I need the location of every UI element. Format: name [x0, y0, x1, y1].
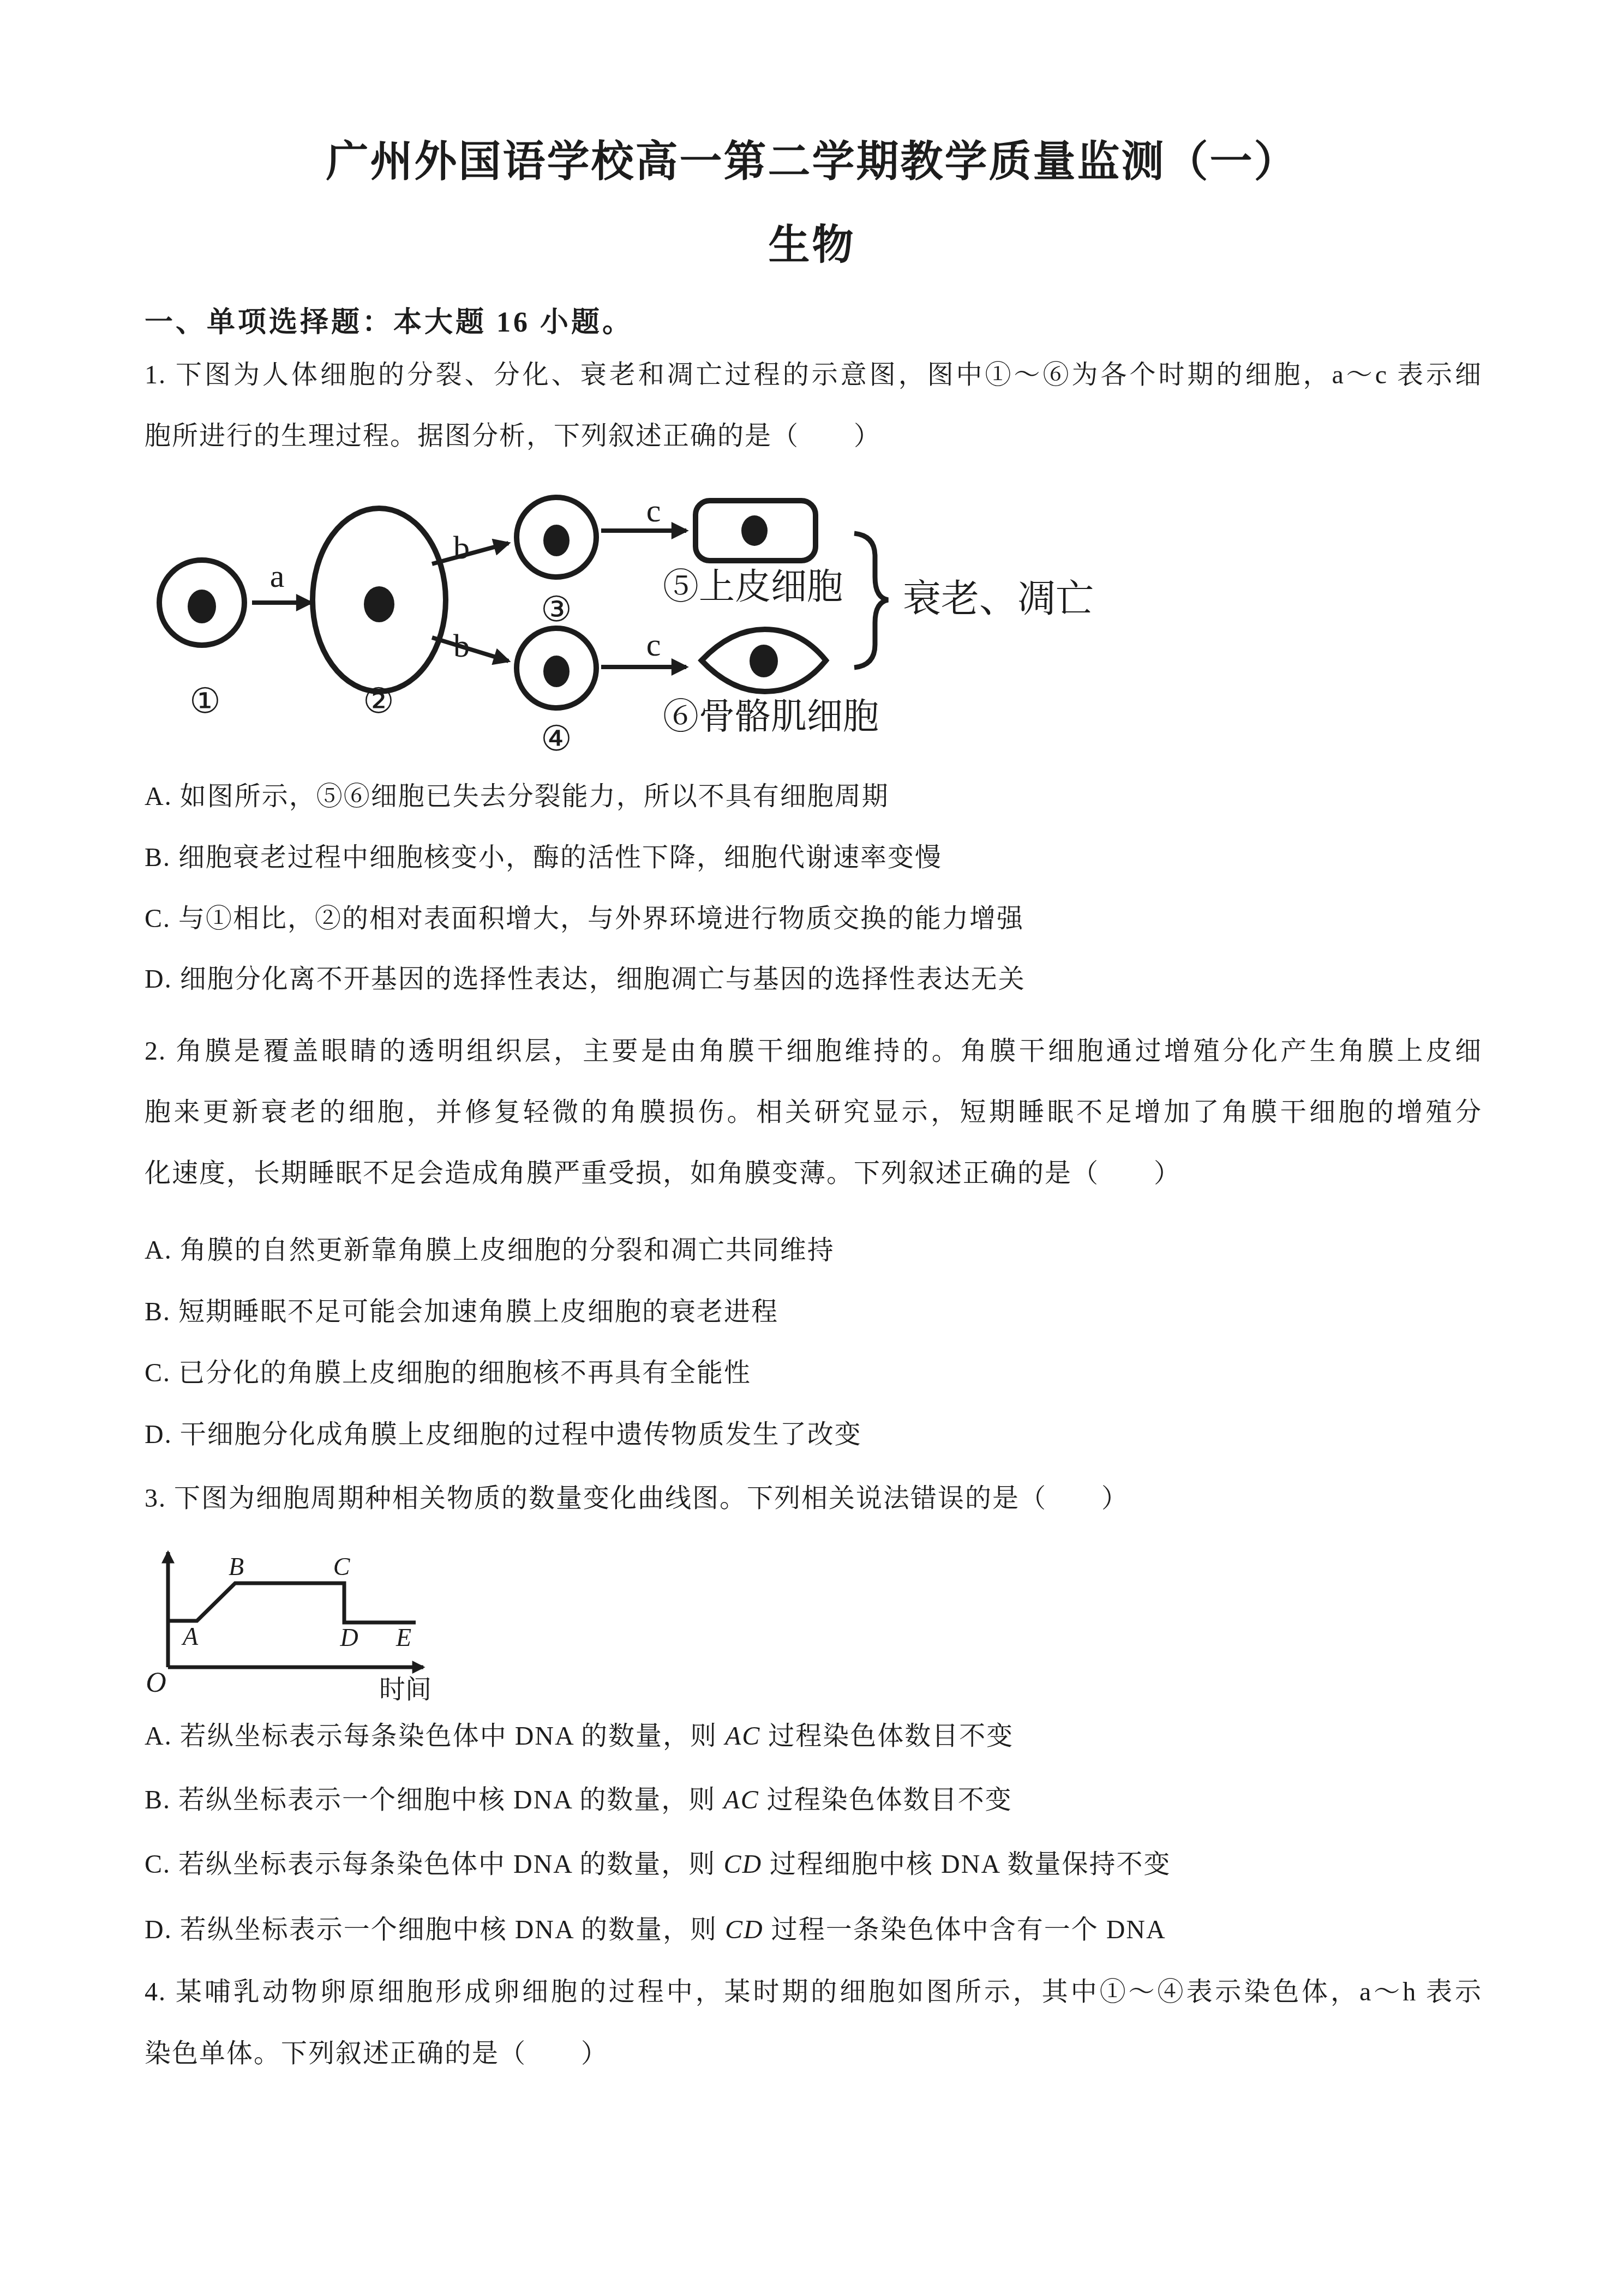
- q3-option-d-pre: D. 若纵坐标表示一个细胞中核 DNA 的数量，则: [145, 1915, 725, 1944]
- process-b-top-label: b: [453, 530, 470, 566]
- q3-option-a-post: 过程染色体数目不变: [760, 1722, 1014, 1751]
- subject-title: 生物: [0, 225, 1624, 266]
- q1-option-a: A. 如图所示，⑤⑥细胞已失去分裂能力，所以不具有细胞周期: [145, 784, 889, 810]
- page-title: 广州外国语学校高一第二学期教学质量监测（一）: [0, 141, 1624, 183]
- process-c-top-label: c: [646, 492, 661, 528]
- cell-3-number: ③: [541, 590, 572, 629]
- q4-stem-line-2: 染色单体。下列叙述正确的是（ ）: [145, 2041, 608, 2067]
- q3-option-c: C. 若纵坐标表示每条染色体中 DNA 的数量，则 CD 过程细胞中核 DNA …: [145, 1852, 1171, 1878]
- point-e-label: E: [395, 1624, 411, 1651]
- brace-right: [854, 533, 888, 668]
- cell-5-nucleus: [741, 515, 768, 546]
- q1-stem-line-2: 胞所进行的生理过程。据图分析，下列叙述正确的是（ ）: [145, 423, 881, 449]
- q3-option-a-em: AC: [725, 1722, 760, 1751]
- point-a-label: A: [181, 1622, 199, 1650]
- cell-1-number: ①: [189, 682, 220, 720]
- q3-option-c-em: CD: [723, 1850, 762, 1879]
- arrow-b-top: [432, 543, 508, 564]
- quantity-curve: [168, 1583, 416, 1622]
- q3-cell-cycle-curve-figure: O A B C D E 时间: [147, 1543, 453, 1729]
- q2-option-a: A. 角膜的自然更新靠角膜上皮细胞的分裂和凋亡共同维持: [145, 1237, 835, 1264]
- q3-option-d: D. 若纵坐标表示一个细胞中核 DNA 的数量，则 CD 过程一条染色体中含有一…: [145, 1917, 1166, 1943]
- q3-stem-line-1: 3. 下图为细胞周期种相关物质的数量变化曲线图。下列相关说法错误的是（ ）: [145, 1486, 1129, 1512]
- q3-option-d-em: CD: [725, 1915, 764, 1944]
- q3-option-b: B. 若纵坐标表示一个细胞中核 DNA 的数量，则 AC 过程染色体数目不变: [145, 1787, 1012, 1813]
- process-c-bottom-label: c: [646, 627, 661, 663]
- q3-option-b-em: AC: [723, 1786, 759, 1814]
- cell-4-number: ④: [541, 719, 572, 758]
- q4-stem-line-1: 4. 某哺乳动物卵原细胞形成卵细胞的过程中，某时期的细胞如图所示，其中①～④表示…: [145, 1979, 1482, 2005]
- senescence-apoptosis-label: 衰老、凋亡: [903, 579, 1094, 621]
- q2-option-d: D. 干细胞分化成角膜上皮细胞的过程中遗传物质发生了改变: [145, 1422, 862, 1448]
- q3-option-a: A. 若纵坐标表示每条染色体中 DNA 的数量，则 AC 过程染色体数目不变: [145, 1723, 1014, 1750]
- q3-option-a-pre: A. 若纵坐标表示每条染色体中 DNA 的数量，则: [145, 1722, 725, 1751]
- q1-option-d: D. 细胞分化离不开基因的选择性表达，细胞凋亡与基因的选择性表达无关: [145, 966, 1026, 993]
- epithelial-cell-label: ⑤上皮细胞: [663, 567, 843, 607]
- q2-stem-line-1: 2. 角膜是覆盖眼睛的透明组织层，主要是由角膜干细胞维持的。角膜干细胞通过增殖分…: [145, 1038, 1482, 1065]
- q3-option-c-post: 过程细胞中核 DNA 数量保持不变: [762, 1850, 1171, 1879]
- section-heading: 一、单项选择题：本大题 16 小题。: [145, 309, 633, 337]
- point-b-label: B: [229, 1553, 244, 1580]
- q3-option-d-post: 过程一条染色体中含有一个 DNA: [764, 1915, 1166, 1944]
- point-d-label: D: [339, 1624, 358, 1651]
- time-axis-label: 时间: [379, 1675, 432, 1704]
- q1-cell-process-figure: a b b c c ① ② ③ ④ ⑤上皮细胞 ⑥骨骼肌细胞 衰老、凋亡: [147, 481, 1129, 765]
- process-b-bottom-label: b: [453, 628, 470, 664]
- cell-2-number: ②: [363, 682, 394, 720]
- q1-option-b: B. 细胞衰老过程中细胞核变小，酶的活性下降，细胞代谢速率变慢: [145, 845, 942, 871]
- q2-stem-line-2: 胞来更新衰老的细胞，并修复轻微的角膜损伤。相关研究显示，短期睡眠不足增加了角膜干…: [145, 1099, 1482, 1126]
- cell-4-nucleus: [543, 656, 570, 687]
- cell-6-nucleus: [750, 645, 778, 677]
- origin-label: O: [146, 1667, 166, 1698]
- point-c-label: C: [333, 1553, 351, 1580]
- cell-3-nucleus: [543, 525, 570, 556]
- q3-option-c-pre: C. 若纵坐标表示每条染色体中 DNA 的数量，则: [145, 1850, 723, 1879]
- arrow-b-bottom: [432, 638, 508, 661]
- cell-1-nucleus: [188, 590, 216, 623]
- q2-stem-line-3: 化速度，长期睡眠不足会造成角膜严重受损，如角膜变薄。下列叙述正确的是（ ）: [145, 1161, 1181, 1187]
- q2-option-b: B. 短期睡眠不足可能会加速角膜上皮细胞的衰老进程: [145, 1299, 778, 1325]
- q1-stem-line-1: 1. 下图为人体细胞的分裂、分化、衰老和凋亡过程的示意图，图中①～⑥为各个时期的…: [145, 362, 1482, 388]
- exam-page: 广州外国语学校高一第二学期教学质量监测（一） 生物 一、单项选择题：本大题 16…: [0, 0, 1624, 2296]
- q3-option-b-post: 过程染色体数目不变: [759, 1786, 1012, 1814]
- cell-2-nucleus: [364, 586, 394, 622]
- q3-option-b-pre: B. 若纵坐标表示一个细胞中核 DNA 的数量，则: [145, 1786, 723, 1814]
- q2-option-c: C. 已分化的角膜上皮细胞的细胞核不再具有全能性: [145, 1360, 751, 1386]
- q1-option-c: C. 与①相比，②的相对表面积增大，与外界环境进行物质交换的能力增强: [145, 906, 1024, 932]
- muscle-cell-label: ⑥骨骼肌细胞: [663, 697, 879, 737]
- process-a-label: a: [270, 558, 285, 594]
